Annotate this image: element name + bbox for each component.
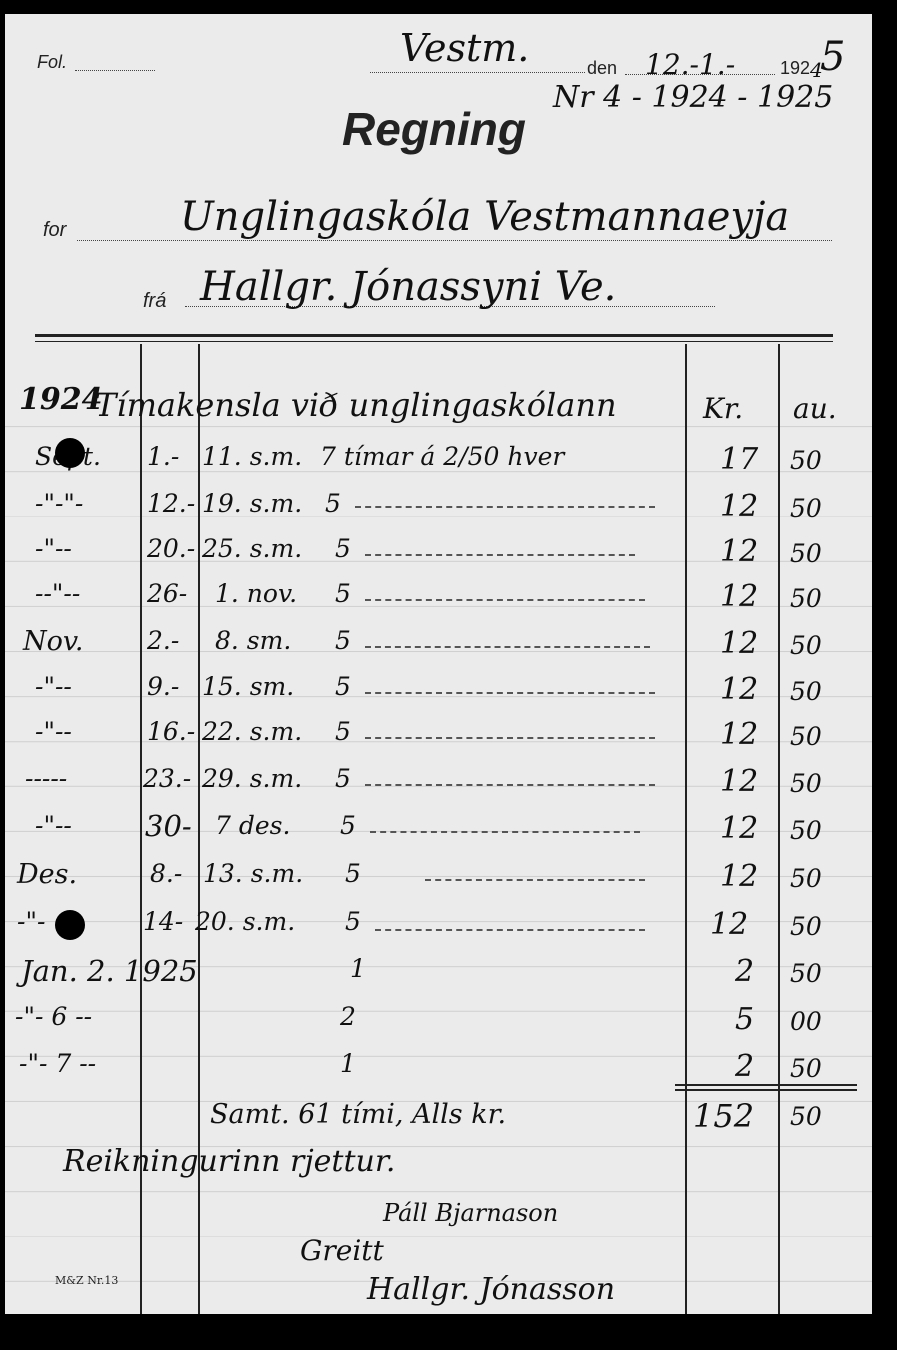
row-kr: 12 — [720, 811, 758, 846]
invoice-paper: Fol. Vestm. den 12.-1.- 192 4 5 Nr 4 - 1… — [5, 14, 872, 1314]
signature-2: Hallgr. Jónasson — [367, 1272, 615, 1307]
row-aur: 50 — [790, 584, 822, 613]
row-from: 14- — [143, 907, 183, 936]
row-aur: 50 — [790, 816, 822, 845]
year-correction: 5 — [820, 34, 845, 80]
signature-1: Páll Bjarnason — [383, 1199, 558, 1227]
row-to: 25. s.m. — [202, 534, 302, 563]
col-kr-header: Kr. — [703, 392, 743, 425]
row-desc: 5 — [335, 579, 351, 608]
row-from: 16.- — [147, 717, 195, 746]
row-kr: 12 — [720, 717, 758, 752]
fol-label: Fol. — [37, 52, 67, 73]
form-code: M&Z Nr.13 — [55, 1274, 118, 1287]
row-aur: 50 — [790, 722, 822, 751]
row-month: -"-"- — [35, 489, 83, 518]
date: 12.-1.- — [645, 48, 735, 81]
row-aur: 50 — [790, 864, 822, 893]
row-to: 29. s.m. — [202, 764, 302, 793]
row-month: -"- 7 -- — [19, 1049, 96, 1078]
row-aur: 50 — [790, 1054, 822, 1083]
row-month: Des. — [17, 859, 77, 890]
sum-rule — [675, 1084, 857, 1086]
row-desc: 7 tímar á 2/50 hver — [320, 442, 564, 471]
row-to: 15. sm. — [202, 672, 294, 701]
row-from: 23.- — [143, 764, 191, 793]
fol-line — [75, 70, 155, 71]
row-from: 26- — [147, 579, 187, 608]
ditto-dash — [355, 506, 655, 508]
row-to: 8. sm. — [215, 626, 291, 655]
row-from: 1.- — [147, 442, 179, 471]
row-desc: 5 — [335, 764, 351, 793]
row-kr: 2 — [735, 1049, 754, 1084]
ditto-dash — [425, 879, 645, 881]
row-aur: 50 — [790, 539, 822, 568]
ditto-dash — [365, 554, 635, 556]
row-month: -"- 6 -- — [15, 1002, 92, 1031]
row-kr: 12 — [720, 534, 758, 569]
ditto-dash — [375, 929, 645, 931]
row-desc: 5 — [335, 717, 351, 746]
total-label: Samt. 61 tími, Alls kr. — [210, 1099, 506, 1130]
punch-hole — [55, 910, 85, 940]
invoice-number: Nr 4 - 1924 - 1925 — [553, 80, 833, 115]
row-desc: 5 — [345, 907, 361, 936]
row-kr: 17 — [720, 442, 758, 477]
col-aur-header: au. — [793, 392, 837, 425]
table-top-rule-thin — [35, 341, 833, 342]
row-aur: 50 — [790, 769, 822, 798]
row-desc: 1 — [340, 1049, 356, 1078]
row-kr: 12 — [710, 907, 748, 942]
total-aur: 50 — [790, 1102, 822, 1131]
row-month: -"- — [17, 907, 45, 936]
den-label: den — [587, 58, 617, 79]
row-from: 9.- — [147, 672, 179, 701]
row-to: 7 des. — [215, 811, 290, 840]
perforated-edge — [5, 8, 872, 16]
for-line — [77, 240, 832, 241]
ditto-dash — [370, 831, 640, 833]
row-from: 30- — [145, 809, 192, 843]
year-printed: 192 — [780, 58, 810, 79]
row-aur: 50 — [790, 912, 822, 941]
row-month: -"-- — [35, 811, 72, 840]
sum-rule-2 — [675, 1089, 857, 1091]
approval-note: Reikningurinn rjettur. — [63, 1144, 395, 1179]
row-kr: 12 — [720, 579, 758, 614]
column-divider-aur — [778, 344, 780, 1314]
ditto-dash — [365, 646, 650, 648]
row-month: -"-- — [35, 534, 72, 563]
row-to: 20. s.m. — [195, 907, 295, 936]
row-aur: 00 — [790, 1007, 822, 1036]
punch-hole — [55, 438, 85, 468]
row-from: 8.- — [150, 859, 182, 888]
row-desc: 5 — [335, 672, 351, 701]
table-top-rule — [35, 334, 833, 337]
row-month: -"-- — [35, 672, 72, 701]
fra-value: Hallgr. Jónassyni Ve. — [200, 264, 616, 310]
row-desc: 5 — [340, 811, 356, 840]
row-aur: 50 — [790, 446, 822, 475]
row-to: 22. s.m. — [202, 717, 302, 746]
row-kr: 12 — [720, 626, 758, 661]
row-desc: 1 — [350, 954, 366, 983]
year-label: 1924 — [19, 382, 103, 417]
row-month: Jan. 2. 1925 — [21, 954, 198, 988]
row-desc: 5 — [335, 534, 351, 563]
row-kr: 2 — [735, 954, 754, 989]
row-to: 11. s.m. — [202, 442, 302, 471]
fra-label: frá — [143, 290, 166, 313]
place-line — [370, 72, 585, 73]
received-label: Greitt — [300, 1234, 384, 1267]
ditto-dash — [365, 692, 655, 694]
row-to: 13. s.m. — [203, 859, 303, 888]
row-from: 20.- — [147, 534, 195, 563]
row-month: ----- — [25, 764, 67, 793]
page-title: Regning — [342, 102, 526, 156]
row-aur: 50 — [790, 959, 822, 988]
row-desc: 2 — [340, 1002, 356, 1031]
row-aur: 50 — [790, 631, 822, 660]
column-divider-kr — [685, 344, 687, 1314]
row-month: --"-- — [35, 579, 80, 608]
table-heading: Tímakensla við unglingaskólann — [95, 386, 617, 424]
place: Vestm. — [400, 26, 529, 70]
ditto-dash — [365, 737, 655, 739]
row-desc: 5 — [335, 626, 351, 655]
row-aur: 50 — [790, 494, 822, 523]
row-kr: 5 — [735, 1002, 754, 1037]
row-aur: 50 — [790, 677, 822, 706]
row-kr: 12 — [720, 764, 758, 799]
row-kr: 12 — [720, 859, 758, 894]
row-kr: 12 — [720, 489, 758, 524]
row-to: 19. s.m. — [202, 489, 302, 518]
ditto-dash — [365, 599, 645, 601]
ditto-dash — [365, 784, 655, 786]
row-kr: 12 — [720, 672, 758, 707]
row-to: 1. nov. — [215, 579, 297, 608]
row-month: Nov. — [23, 626, 84, 657]
total-kr: 152 — [693, 1097, 754, 1135]
row-desc: 5 — [325, 489, 341, 518]
row-month: -"-- — [35, 717, 72, 746]
row-from: 12.- — [147, 489, 195, 518]
for-label: for — [43, 219, 66, 242]
row-from: 2.- — [147, 626, 179, 655]
for-value: Unglingaskóla Vestmannaeyja — [180, 194, 789, 240]
row-desc: 5 — [345, 859, 361, 888]
